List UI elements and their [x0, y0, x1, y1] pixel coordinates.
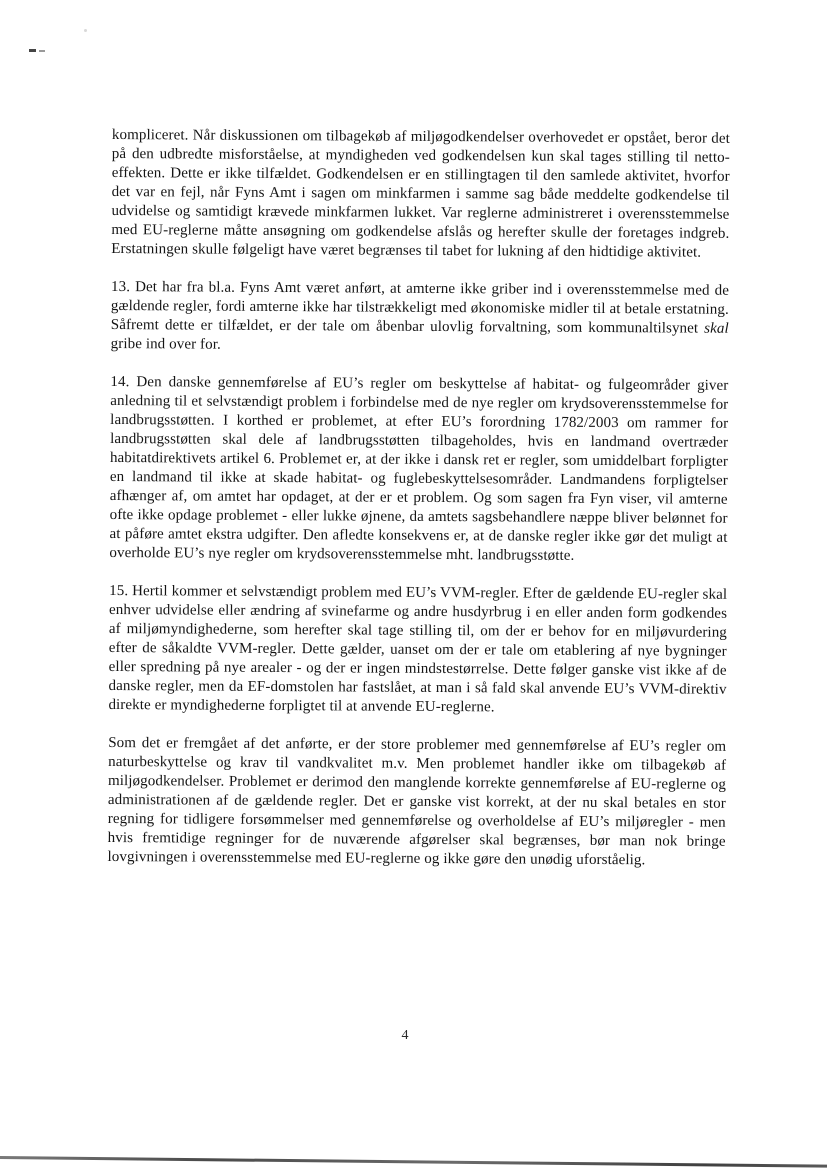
paragraph-13-italic-word: skal — [704, 321, 729, 337]
scan-page-edge-line — [0, 1156, 827, 1168]
page-number: 4 — [0, 1028, 810, 1044]
paragraph-13-text-post: gribe ind over for. — [111, 336, 221, 353]
paragraph-14: 14. Den danske gennemførelse af EU’s reg… — [109, 373, 728, 567]
document-body: kompliceret. Når diskussionen om tilbage… — [107, 126, 730, 890]
scan-artifact-dash-light — [39, 50, 45, 52]
paragraph-15: 15. Hertil kommer et selvstændigt proble… — [108, 582, 727, 719]
paragraph-13: 13. Det har fra bl.a. Fyns Amt været anf… — [111, 278, 729, 358]
paragraph-intro: kompliceret. Når diskussionen om tilbage… — [111, 126, 730, 263]
paragraph-13-text-pre: 13. Det har fra bl.a. Fyns Amt været anf… — [111, 279, 729, 337]
scan-artifact-dash-dark — [29, 49, 36, 52]
scan-artifact-speck — [84, 29, 87, 32]
paragraph-closing: Som det er fremgået af det anførte, er d… — [107, 734, 726, 871]
